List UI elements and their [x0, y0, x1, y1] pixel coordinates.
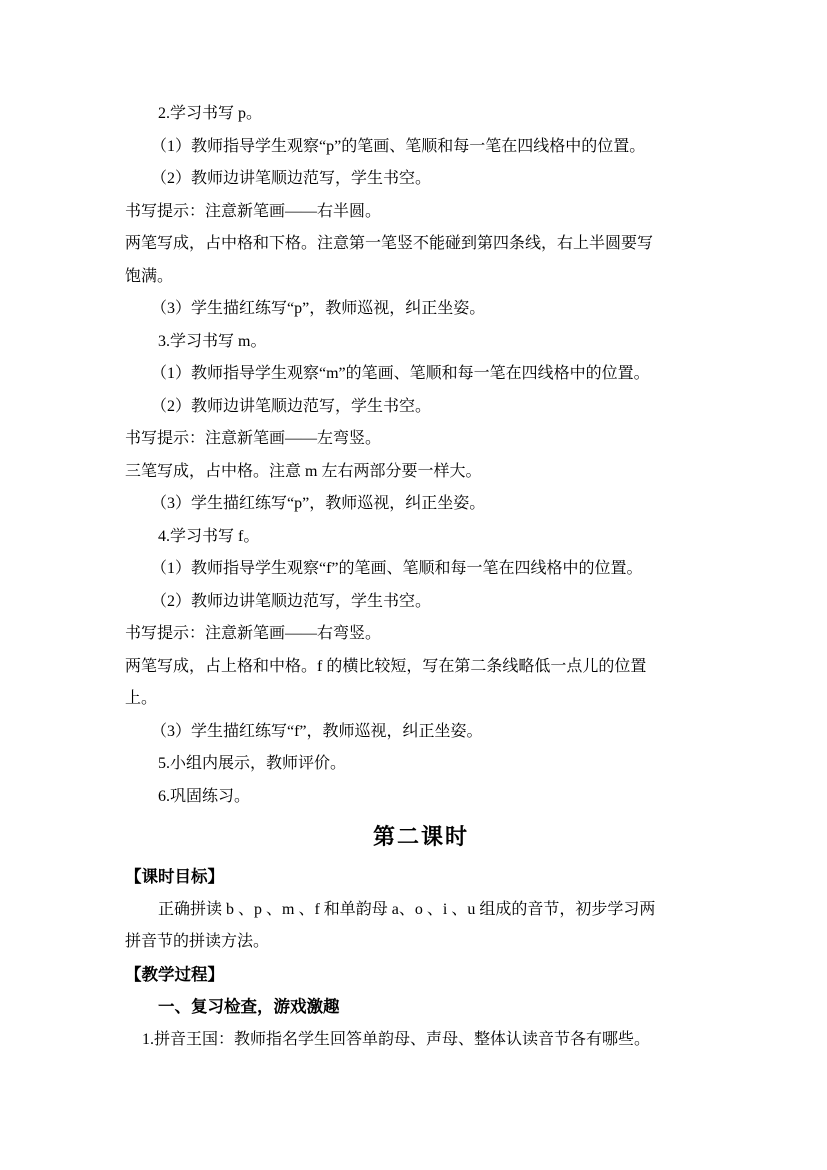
- text-line: 1.拼音王国：教师指名学生回答单韵母、声母、整体认读音节各有哪些。: [125, 1024, 717, 1057]
- text-line: （3）学生描红练写“p”，教师巡视，纠正坐姿。: [125, 293, 717, 326]
- text-line: 上。: [125, 683, 717, 716]
- text-line: 书写提示：注意新笔画——左弯竖。: [125, 423, 717, 456]
- text-line: 书写提示：注意新笔画——右半圆。: [125, 196, 717, 229]
- subsection-heading: 一、复习检查，游戏激趣: [125, 991, 717, 1024]
- text-line: （2）教师边讲笔顺边范写，学生书空。: [125, 163, 717, 196]
- text-line: （3）学生描红练写“f”，教师巡视，纠正坐姿。: [125, 716, 717, 749]
- text-line: 两笔写成，占中格和下格。注意第一笔竖不能碰到第四条线，右上半圆要写: [125, 228, 717, 261]
- text-line: 两笔写成，占上格和中格。f 的横比较短，写在第二条线略低一点儿的位置: [125, 651, 717, 684]
- text-line: （1）教师指导学生观察“p”的笔画、笔顺和每一笔在四线格中的位置。: [125, 131, 717, 164]
- text-line: 正确拼读 b 、p 、m 、f 和单韵母 a、o 、i 、u 组成的音节，初步学…: [125, 894, 717, 927]
- section-heading-second-period: 第二课时: [125, 813, 717, 861]
- document-body: 2.学习书写 p。（1）教师指导学生观察“p”的笔画、笔顺和每一笔在四线格中的位…: [125, 98, 717, 1056]
- document-page: 2.学习书写 p。（1）教师指导学生观察“p”的笔画、笔顺和每一笔在四线格中的位…: [0, 0, 827, 1170]
- text-line: （2）教师边讲笔顺边范写，学生书空。: [125, 586, 717, 619]
- text-line: （1）教师指导学生观察“m”的笔画、笔顺和每一笔在四线格中的位置。: [125, 358, 717, 391]
- text-line: 3.学习书写 m。: [125, 326, 717, 359]
- text-line: 6.巩固练习。: [125, 781, 717, 814]
- text-line: （2）教师边讲笔顺边范写，学生书空。: [125, 391, 717, 424]
- text-line: 拼音节的拼读方法。: [125, 926, 717, 959]
- text-line: 5.小组内展示，教师评价。: [125, 748, 717, 781]
- text-line: （1）教师指导学生观察“f”的笔画、笔顺和每一笔在四线格中的位置。: [125, 553, 717, 586]
- text-line: 饱满。: [125, 261, 717, 294]
- text-line: 三笔写成，占中格。注意 m 左右两部分要一样大。: [125, 456, 717, 489]
- text-line: 书写提示：注意新笔画——右弯竖。: [125, 618, 717, 651]
- text-line: 4.学习书写 f。: [125, 521, 717, 554]
- text-line: （3）学生描红练写“p”，教师巡视，纠正坐姿。: [125, 488, 717, 521]
- text-line: 2.学习书写 p。: [125, 98, 717, 131]
- section-label: 【教学过程】: [125, 959, 717, 992]
- section-label: 【课时目标】: [125, 861, 717, 894]
